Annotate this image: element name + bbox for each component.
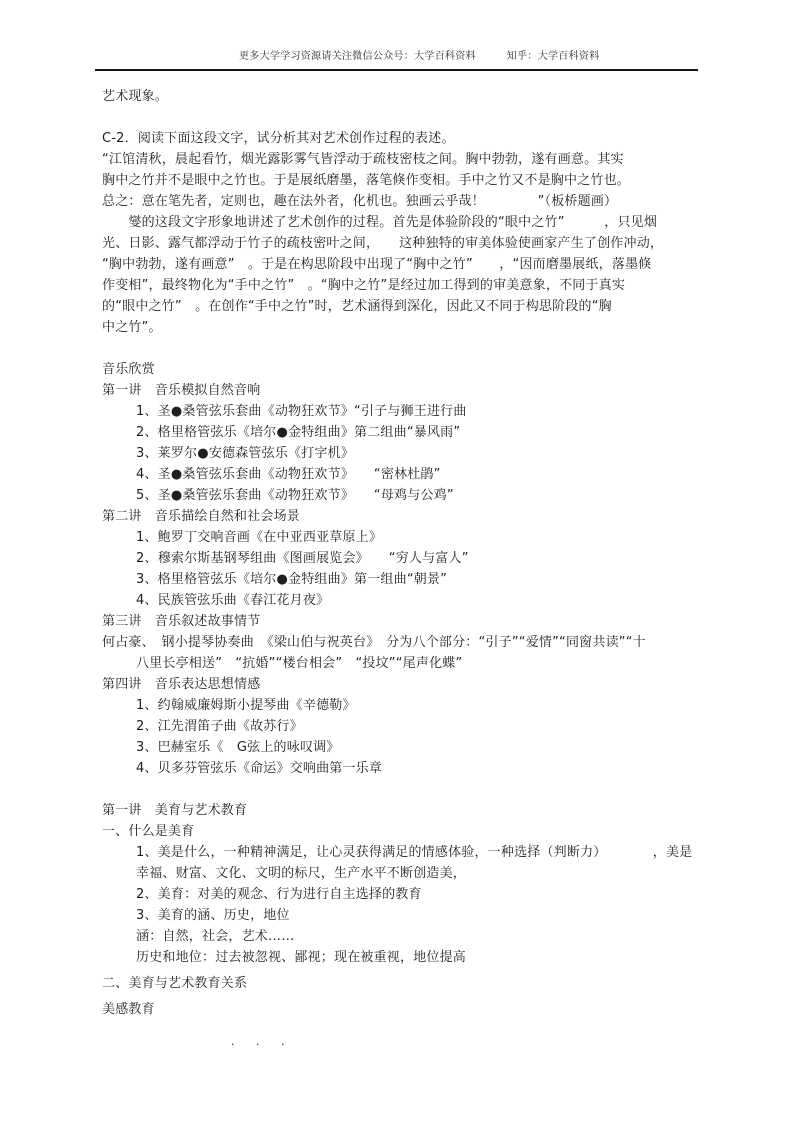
text-line: 3、莱罗尔●安德森管弦乐《打字机》	[102, 443, 708, 464]
text-line: 八里长亭相送” “抗婚”“楼台相会” “投坟”“尾声化蝶”	[102, 653, 708, 674]
text-line: 3、格里格管弦乐《培尔●金特组曲》第一组曲“朝景”	[102, 569, 708, 590]
text-line: 1、圣●桑管弦乐套曲《动物狂欢节》“引子与狮王进行曲	[102, 401, 708, 422]
text-line: 光、日影、露气都浮动于竹子的疏枝密叶之间， 这种独特的审美体验使画家产生了创作冲…	[102, 233, 708, 254]
text-line: 1、美是什么，一种精神满足，让心灵获得满足的情感体验，一种选择（判断力） ，美是	[102, 842, 708, 863]
text-line: 作变相”，最终物化为“手中之竹” 。“胸中之竹”是经过加工得到的审美意象，不同于…	[102, 275, 708, 296]
text-line: 第二讲 音乐描绘自然和社会场景	[102, 506, 708, 527]
text-line: 胸中之竹并不是眼中之竹也。于是展纸磨墨，落笔倏作变相。手中之竹又不是胸中之竹也。	[102, 170, 708, 191]
text-line: 的“眼中之竹” 。在创作“手中之竹”时，艺术涵得到深化，因此又不同于构思阶段的“…	[102, 296, 708, 317]
text-line: 燮的这段文字形象地讲述了艺术创作的过程。首先是体验阶段的“眼中之竹” ，只见烟	[102, 212, 708, 233]
text-line: 第四讲 音乐表达思想情感	[102, 674, 708, 695]
text-line: 二、美育与艺术教育关系	[102, 973, 708, 994]
text-line: 一、什么是美育	[102, 821, 708, 842]
text-line	[102, 779, 708, 800]
text-line: 音乐欣赏	[102, 359, 708, 380]
text-line: 2、江先渭笛子曲《故苏行》	[102, 716, 708, 737]
document-page: 更多大学学习资源请关注微信公众号：大学百科资料 知乎：大学百科资料 艺术现象。 …	[0, 0, 792, 1122]
text-line: “江馆清秋，晨起看竹，烟光露影雾气皆浮动于疏枝密枝之间。胸中勃勃，遂有画意。其实	[102, 149, 708, 170]
page-footer: · · ·	[231, 1038, 293, 1051]
text-line	[102, 338, 708, 359]
text-line: 2、美育：对美的观念、行为进行自主选择的教育	[102, 884, 708, 905]
page-header: 更多大学学习资源请关注微信公众号：大学百科资料 知乎：大学百科资料	[239, 47, 600, 62]
text-line: “胸中勃勃，遂有画意” 。于是在构思阶段中出现了“胸中之竹” ，“因而磨墨展纸，…	[102, 254, 708, 275]
text-line: 2、格里格管弦乐《培尔●金特组曲》第二组曲“暴风雨”	[102, 422, 708, 443]
text-line: 何占豪、 钢小提琴协奏曲 《梁山伯与祝英台》 分为八个部分：“引子”“爱情”“同…	[102, 632, 708, 653]
text-line: 3、美育的涵、历史，地位	[102, 905, 708, 926]
text-line: 4、民族管弦乐曲《春江花月夜》	[102, 590, 708, 611]
text-line: 艺术现象。	[102, 86, 708, 107]
text-line: C-2．阅读下面这段文字，试分析其对艺术创作过程的表述。	[102, 128, 708, 149]
document-body: 艺术现象。 C-2．阅读下面这段文字，试分析其对艺术创作过程的表述。“江馆清秋，…	[102, 86, 708, 1020]
text-line: 第三讲 音乐叙述故事情节	[102, 611, 708, 632]
text-line: 幸福、财富、文化、文明的标尺，生产水平不断创造美，	[102, 863, 708, 884]
text-line: 1、鲍罗丁交响音画《在中亚西亚草原上》	[102, 527, 708, 548]
text-line: 4、贝多芬管弦乐《命运》交响曲第一乐章	[102, 758, 708, 779]
text-line: 4、圣●桑管弦乐套曲《动物狂欢节》 “密林杜鹃”	[102, 464, 708, 485]
text-line: 5、圣●桑管弦乐套曲《动物狂欢节》 “母鸡与公鸡”	[102, 485, 708, 506]
text-line	[102, 107, 708, 128]
text-line: 1、约翰威廉姆斯小提琴曲《辛德勒》	[102, 695, 708, 716]
text-line: 美感教育	[102, 999, 708, 1020]
text-line: 中之竹”。	[102, 317, 708, 338]
text-line: 第一讲 美育与艺术教育	[102, 800, 708, 821]
text-line: 涵：自然，社会，艺术……	[102, 926, 708, 947]
header-text: 更多大学学习资源请关注微信公众号：大学百科资料 知乎：大学百科资料	[239, 51, 600, 62]
text-line: 3、巴赫室乐《 G弦上的咏叹调》	[102, 737, 708, 758]
footer-dots: · · ·	[231, 1038, 293, 1051]
text-line: 2、穆索尔斯基钢琴组曲《图画展览会》 “穷人与富人”	[102, 548, 708, 569]
text-line: 第一讲 音乐模拟自然音响	[102, 380, 708, 401]
header-divider	[95, 69, 698, 71]
text-line: 总之：意在笔先者，定则也，趣在法外者，化机也。独画云乎哉！ ”（板桥题画）	[102, 191, 708, 212]
text-line: 历史和地位：过去被忽视、鄙视；现在被重视，地位提高	[102, 947, 708, 968]
